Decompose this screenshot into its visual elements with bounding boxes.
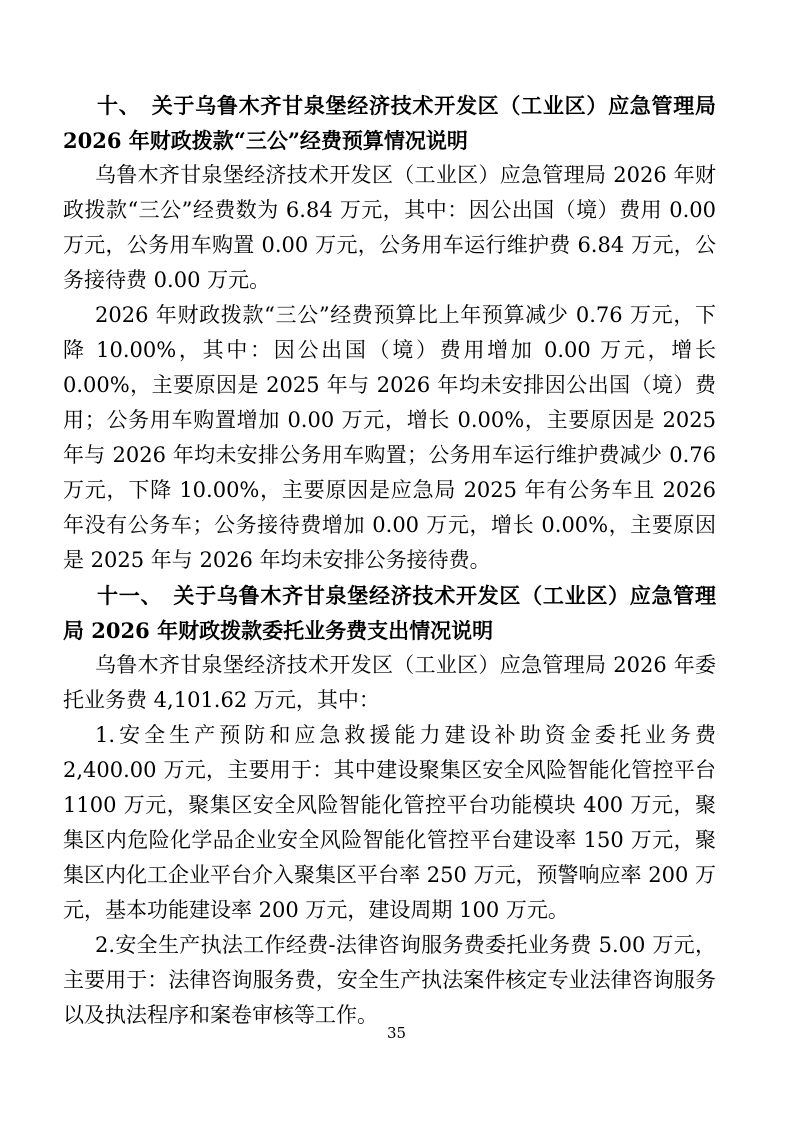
document-page: 十、 关于乌鲁木齐甘泉堡经济技术开发区（工业区）应急管理局 2026 年财政拨款… bbox=[0, 0, 793, 1122]
section-10-heading: 十、 关于乌鲁木齐甘泉堡经济技术开发区（工业区）应急管理局 2026 年财政拨款… bbox=[63, 88, 716, 158]
section-11-heading: 十一、 关于乌鲁木齐甘泉堡经济技术开发区（工业区）应急管理局 2026 年财政拨… bbox=[63, 578, 716, 648]
section-11-paragraph-1: 乌鲁木齐甘泉堡经济技术开发区（工业区）应急管理局 2026 年委托业务费 4,1… bbox=[63, 648, 716, 718]
section-11-paragraph-2: 1.安全生产预防和应急救援能力建设补助资金委托业务费 2,400.00 万元，主… bbox=[63, 718, 716, 928]
document-content: 十、 关于乌鲁木齐甘泉堡经济技术开发区（工业区）应急管理局 2026 年财政拨款… bbox=[63, 88, 716, 1033]
section-10-paragraph-1: 乌鲁木齐甘泉堡经济技术开发区（工业区）应急管理局 2026 年财政拨款“三公”经… bbox=[63, 158, 716, 298]
section-10-paragraph-2: 2026 年财政拨款“三公”经费预算比上年预算减少 0.76 万元，下降 10.… bbox=[63, 298, 716, 578]
section-11-paragraph-3: 2.安全生产执法工作经费-法律咨询服务费委托业务费 5.00 万元，主要用于：法… bbox=[63, 928, 716, 1033]
page-number: 35 bbox=[0, 1023, 793, 1043]
